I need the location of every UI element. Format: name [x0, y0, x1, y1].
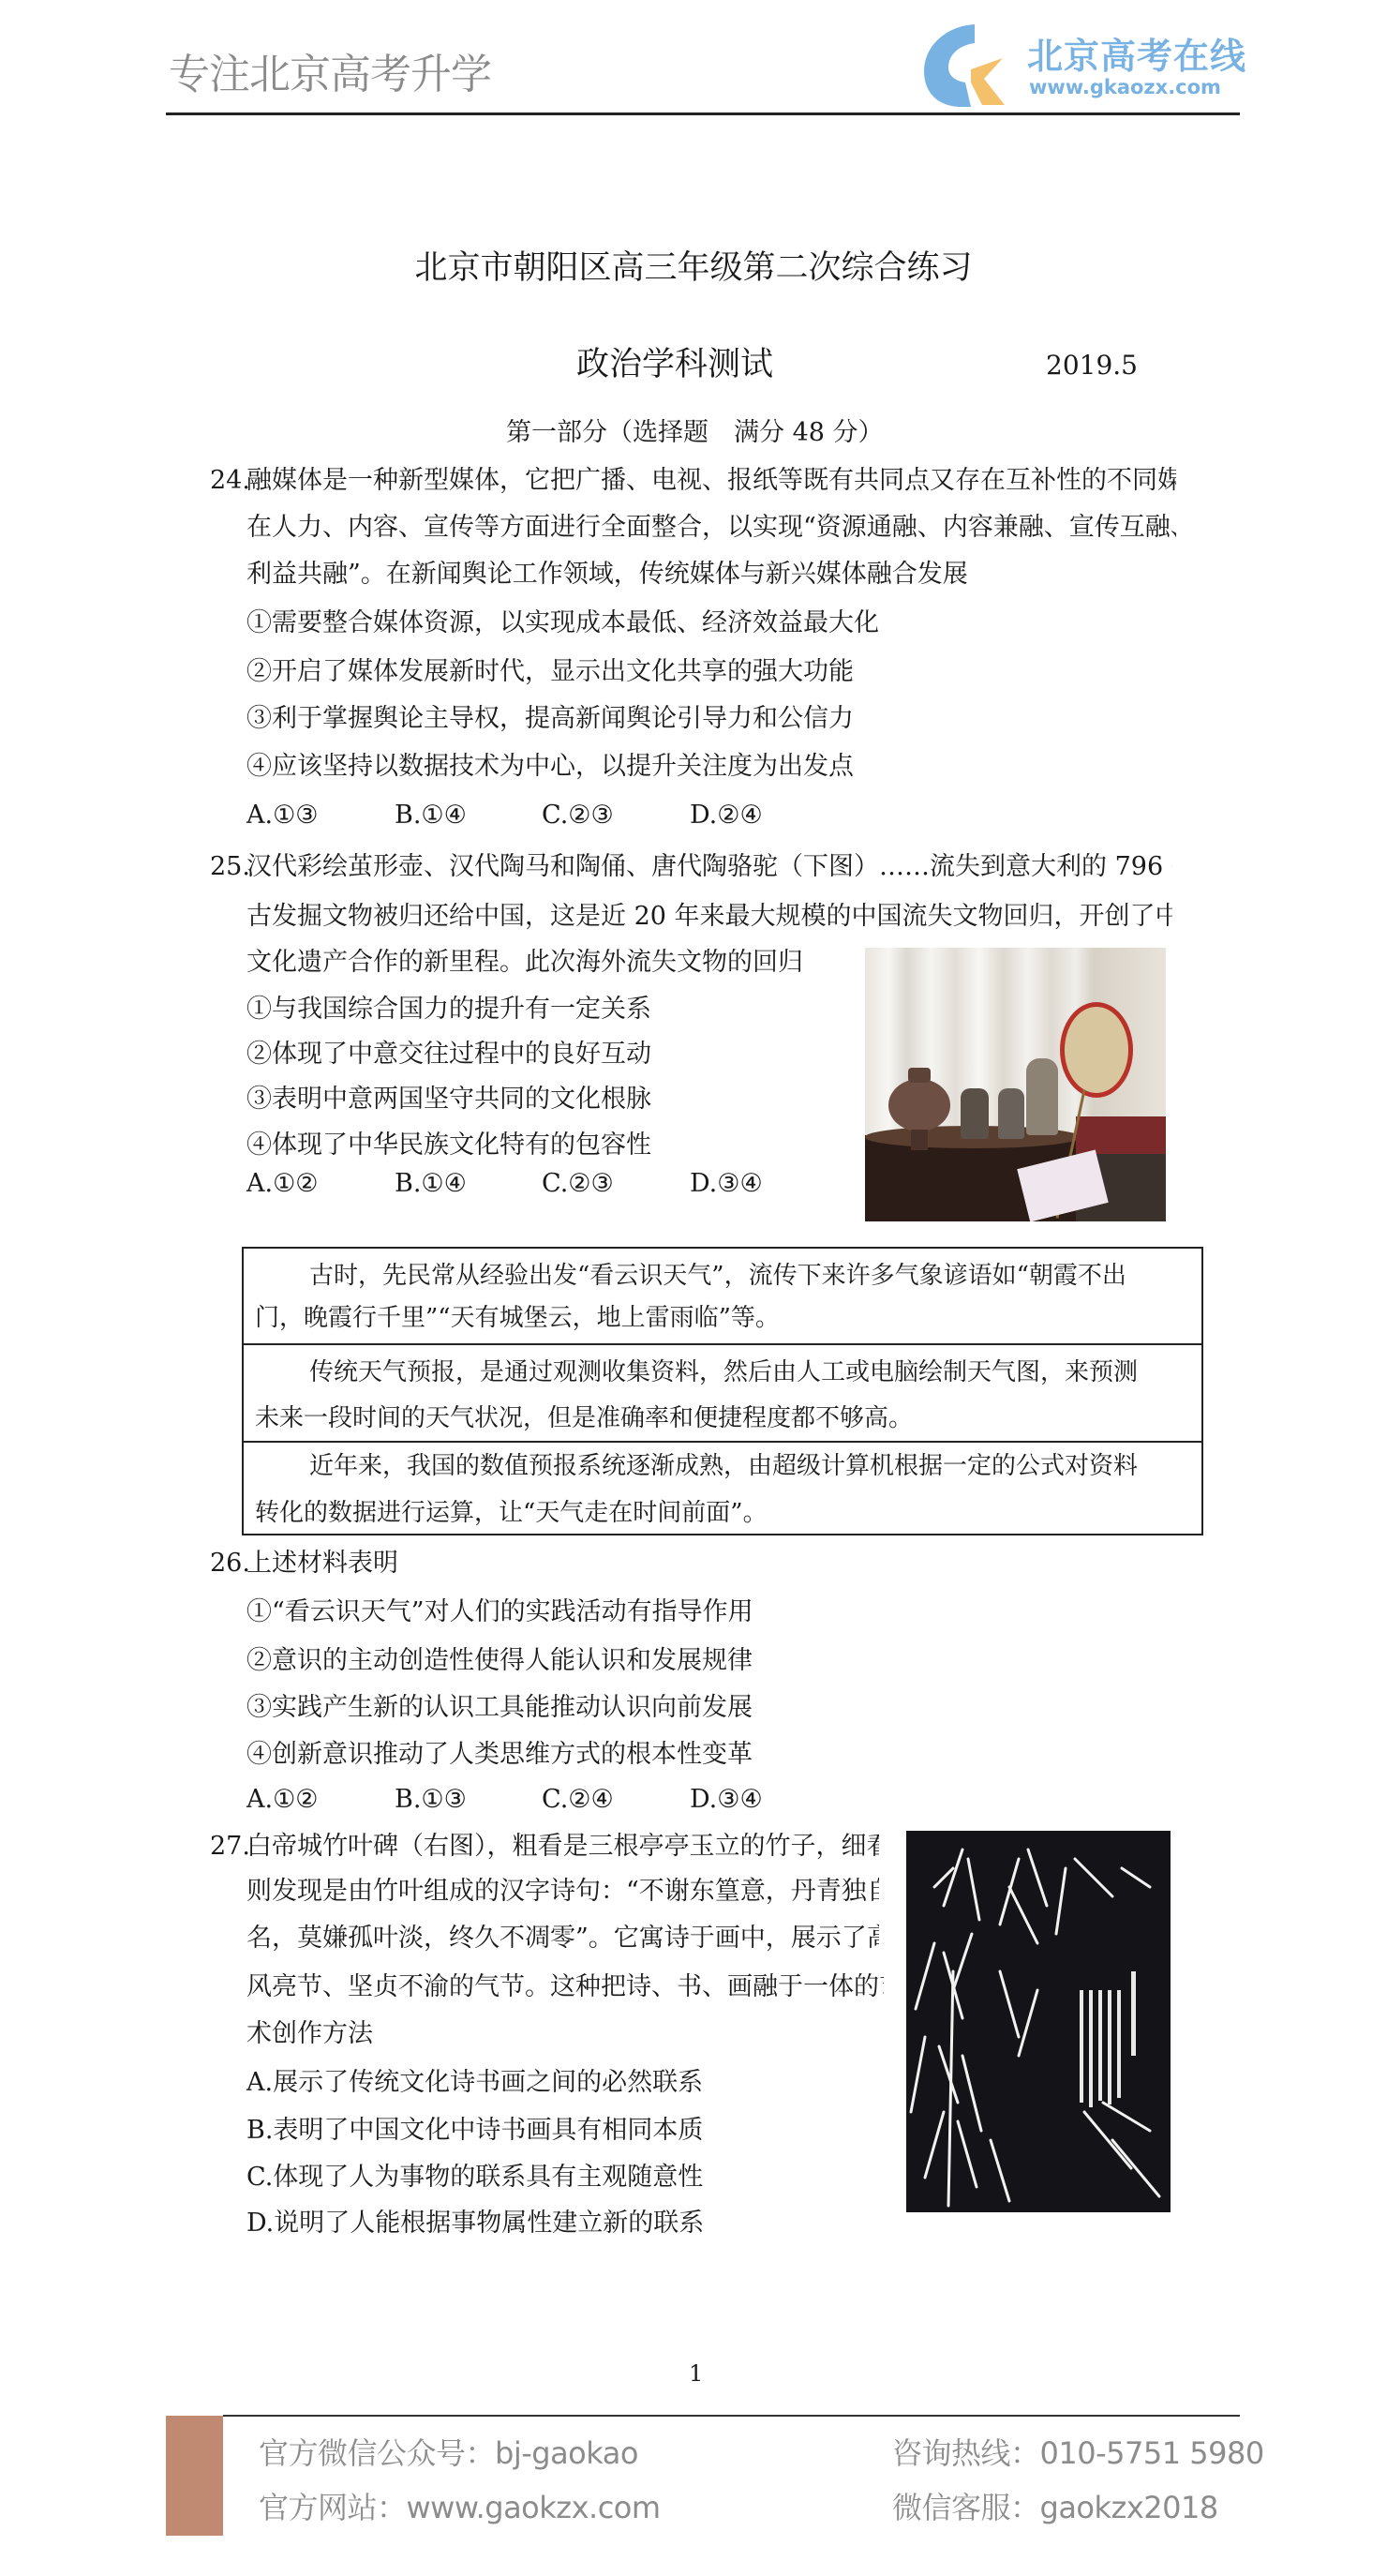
bamboo-stele-image [906, 1831, 1171, 2212]
option-a: A.①② [246, 1783, 319, 1817]
material-text: 古时，先民常从经验出发“看云识天气”，流传下来许多气象谚语如“朝霞不出 [309, 1260, 1126, 1292]
material-text: 转化的数据进行运算，让“天气走在时间前面”。 [255, 1497, 768, 1529]
question-stem-line: 术创作方法 [246, 2017, 373, 2051]
footer-wechat-public: 官方微信公众号：bj-gaokao [259, 2434, 638, 2473]
relics-photo [865, 948, 1166, 1221]
option-b: B.①④ [395, 1167, 467, 1201]
statement-1: ①需要整合媒体资源，以实现成本最低、经济效益最大化 [246, 607, 879, 640]
question-stem-line: 在人力、内容、宣传等方面进行全面整合，以实现“资源通融、内容兼融、宣传互融、 [246, 511, 1176, 545]
question-stem-line: 白帝城竹叶碑（右图），粗看是三根亭亭玉立的竹子，细看 [246, 1830, 879, 1864]
option-d: D.说明了人能根据事物属性建立新的联系 [246, 2207, 704, 2240]
header-divider [166, 112, 1240, 115]
option-c: C.②③ [542, 799, 614, 832]
medal-emblem [1060, 1002, 1133, 1098]
logo-title: 北京高考在线 [1027, 36, 1246, 77]
option-a: A.展示了传统文化诗书画之间的必然联系 [246, 2066, 703, 2100]
camel-figure [1026, 1058, 1058, 1135]
question-number: 25. [210, 850, 250, 884]
footer-wechat-service: 微信客服：gaokzx2018 [892, 2488, 1218, 2527]
option-a: A.①③ [246, 799, 319, 832]
material-text: 门，晚霞行千里”“天有城堡云，地上雷雨临”等。 [255, 1302, 780, 1334]
material-row-3: 近年来，我国的数值预报系统逐渐成熟，由超级计算机根据一定的公式对资料 转化的数据… [244, 1441, 1201, 1534]
header-slogan: 专注北京高考升学 [169, 49, 491, 101]
exam-title: 北京市朝阳区高三年级第二次综合练习 [412, 246, 975, 291]
question-stem-line: 文化遗产合作的新里程。此次海外流失文物的回归 [246, 946, 803, 980]
material-row-1: 古时，先民常从经验出发“看云识天气”，流传下来许多气象谚语如“朝霞不出 门，晚霞… [244, 1249, 1201, 1345]
question-stem-line: 融媒体是一种新型媒体，它把广播、电视、报纸等既有共同点又存在互补性的不同媒体， [246, 464, 1176, 498]
statement-4: ④创新意识推动了人类思维方式的根本性变革 [246, 1738, 753, 1772]
gk-logo-icon [917, 21, 1020, 111]
section-heading: 第一部分（选择题 满分 48 分） [506, 416, 881, 450]
option-c: C.体现了人为事物的联系具有主观随意性 [246, 2161, 703, 2194]
horse-figure [998, 1088, 1024, 1139]
statement-3: ③利于掌握舆论主导权，提高新闻舆论引导力和公信力 [246, 702, 854, 736]
material-text: 近年来，我国的数值预报系统逐渐成熟，由超级计算机根据一定的公式对资料 [309, 1450, 1138, 1482]
footer-website: 官方网站：www.gaokzx.com [259, 2488, 661, 2527]
statement-4: ④体现了中华民族文化特有的包容性 [246, 1129, 651, 1162]
statement-3: ③表明中意两国坚守共同的文化根脉 [246, 1083, 651, 1116]
question-stem-line: 名，莫嫌孤叶淡，终久不凋零”。它寓诗于画中，展示了高 [246, 1922, 879, 1955]
material-row-2: 传统天气预报，是通过观测收集资料，然后由人工或电脑绘制天气图，来预测 未来一段时… [244, 1343, 1201, 1443]
exam-date: 2019.5 [1046, 349, 1138, 382]
option-d: D.②④ [690, 799, 763, 832]
option-b: B.表明了中国文化中诗书画具有相同本质 [246, 2114, 703, 2148]
question-number: 26. [210, 1547, 250, 1580]
option-b: B.①③ [395, 1783, 467, 1817]
question-stem-line: 风亮节、坚贞不渝的气节。这种把诗、书、画融于一体的艺 [246, 1970, 884, 2004]
question-stem-line: 则发现是由竹叶组成的汉字诗句：“不谢东篁意，丹青独自 [246, 1875, 879, 1909]
footer-hotline: 咨询热线：010-5751 5980 [892, 2434, 1264, 2473]
question-number: 24. [210, 464, 250, 498]
material-text: 未来一段时间的天气状况，但是准确率和便捷程度都不够高。 [255, 1402, 913, 1434]
question-number: 27. [210, 1830, 250, 1864]
question-stem-line: 汉代彩绘茧形壶、汉代陶马和陶俑、唐代陶骆驼（下图）……流失到意大利的 796 件… [246, 850, 1172, 884]
statement-1: ①“看云识天气”对人们的实践活动有指导作用 [246, 1595, 753, 1629]
option-b: B.①④ [395, 799, 467, 832]
footer-divider [223, 2415, 1240, 2417]
material-text: 传统天气预报，是通过观测收集资料，然后由人工或电脑绘制天气图，来预测 [309, 1356, 1138, 1388]
statement-2: ②体现了中意交往过程中的良好互动 [246, 1038, 651, 1071]
logo-url: www.gkaozx.com [1029, 75, 1221, 99]
footer-accent-bar [166, 2416, 223, 2536]
option-c: C.②③ [542, 1167, 614, 1201]
statement-2: ②开启了媒体发展新时代，显示出文化共享的强大功能 [246, 655, 854, 689]
statement-1: ①与我国综合国力的提升有一定关系 [246, 993, 651, 1026]
statement-4: ④应该坚持以数据技术为中心，以提升关注度为出发点 [246, 750, 854, 784]
question-stem: 上述材料表明 [246, 1547, 398, 1580]
statement-3: ③实践产生新的认识工具能推动认识向前发展 [246, 1691, 753, 1725]
option-a: A.①② [246, 1167, 319, 1201]
material-box: 古时，先民常从经验出发“看云识天气”，流传下来许多气象谚语如“朝霞不出 门，晚霞… [242, 1247, 1203, 1535]
question-stem-line: 古发掘文物被归还给中国，这是近 20 年来最大规模的中国流失文物回归，开创了中意 [246, 900, 1172, 934]
exam-subtitle: 政治学科测试 [562, 343, 787, 386]
pot-shape [888, 1079, 950, 1131]
bamboo-leaves-icon [906, 1831, 1171, 2212]
statement-2: ②意识的主动创造性使得人能认识和发展规律 [246, 1644, 753, 1678]
option-c: C.②④ [542, 1783, 614, 1817]
horse-figure [961, 1088, 989, 1139]
option-d: D.③④ [690, 1167, 763, 1201]
page-number: 1 [689, 2359, 703, 2389]
question-stem-line: 利益共融”。在新闻舆论工作领域，传统媒体与新兴媒体融合发展 [246, 558, 968, 592]
option-d: D.③④ [690, 1783, 763, 1817]
